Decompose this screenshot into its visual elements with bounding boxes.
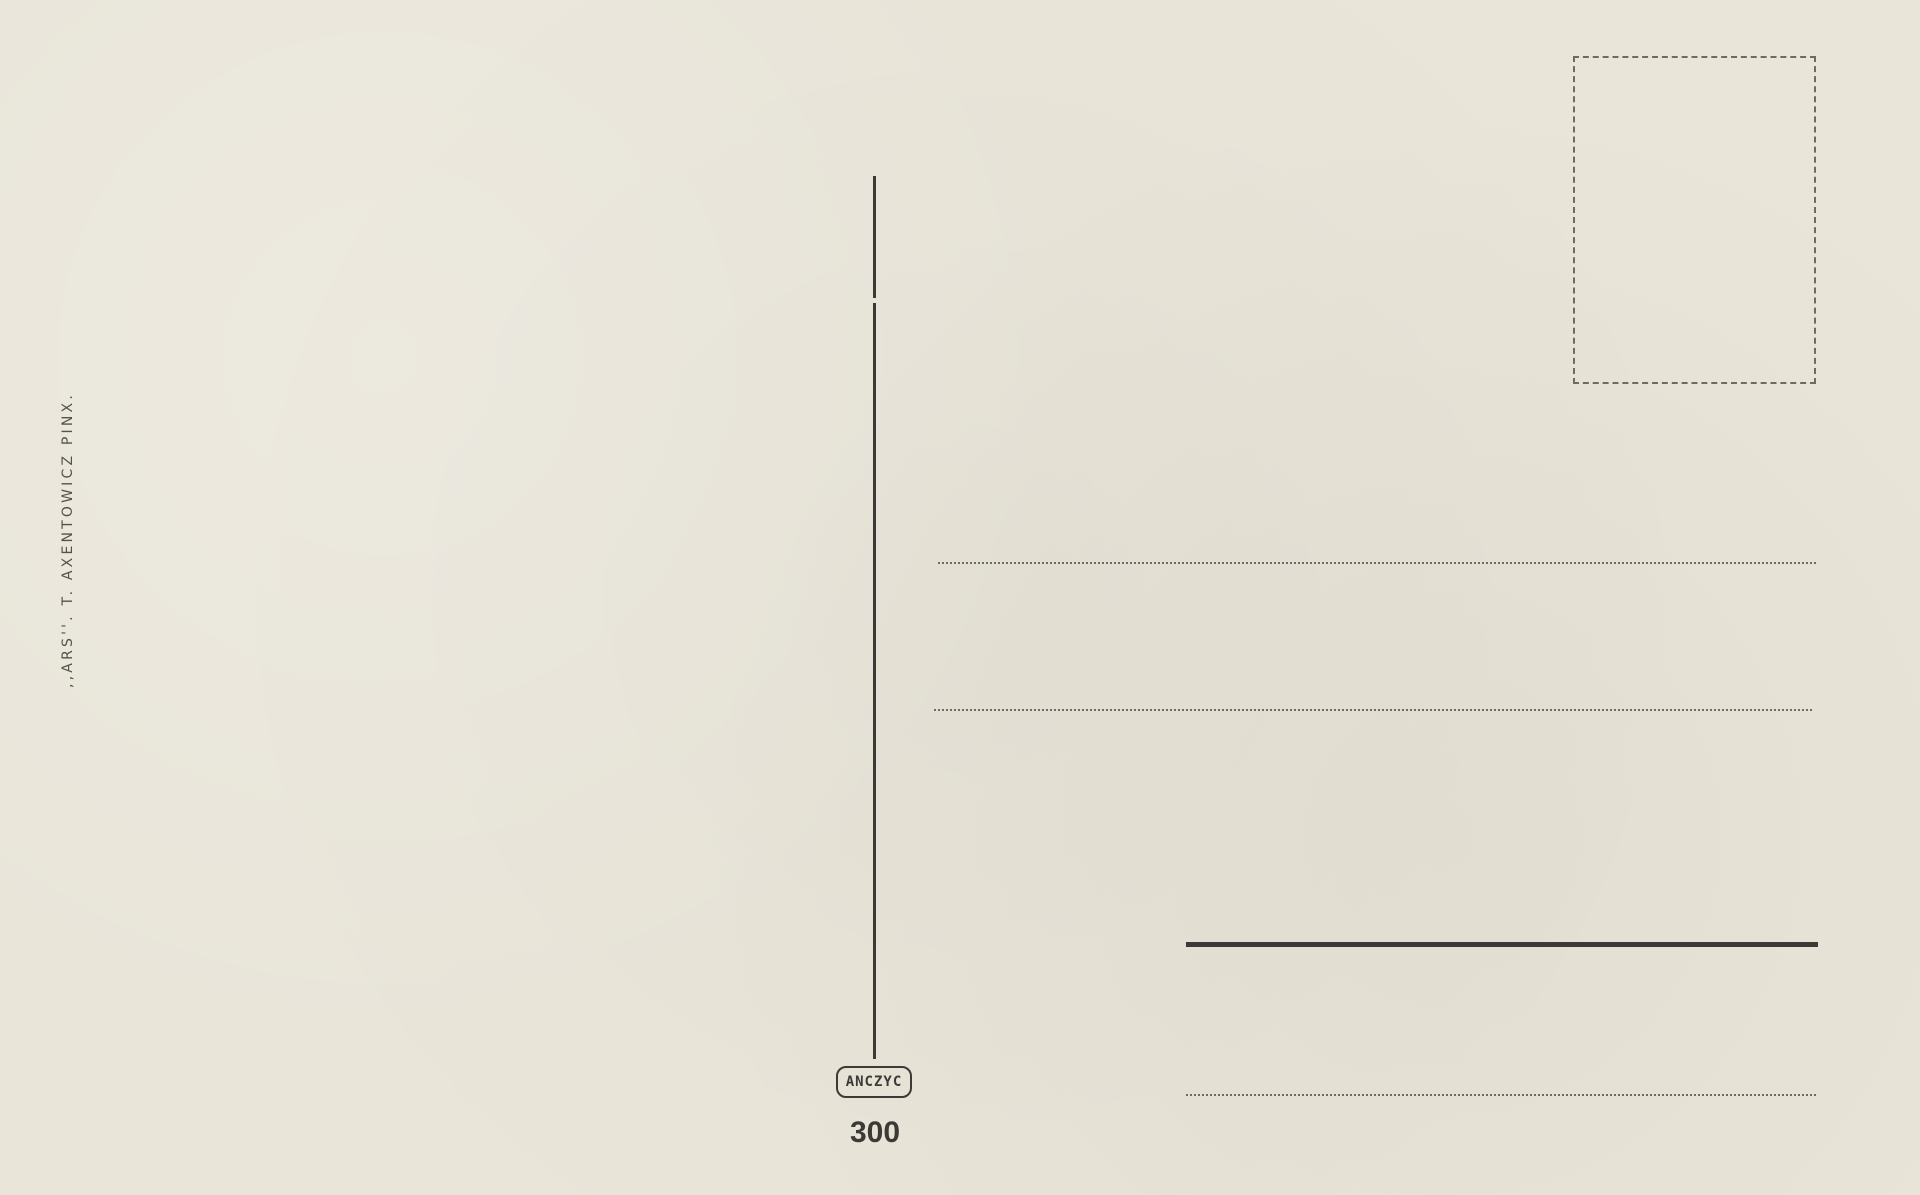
publisher-mark: ANCZYC: [836, 1066, 912, 1098]
artist-credit-text: ,,ARS''. T. AXENTOWICZ PINX.: [60, 392, 76, 688]
center-divider-line: [873, 176, 876, 1059]
artist-credit: ,,ARS''. T. AXENTOWICZ PINX.: [55, 355, 81, 725]
card-number: 300: [820, 1116, 930, 1150]
publisher-mark-text: ANCZYC: [846, 1074, 903, 1090]
stamp-placeholder-icon: [1573, 56, 1816, 384]
address-line-1: [938, 562, 1816, 564]
divider-gap: [873, 298, 876, 303]
address-line-2: [934, 709, 1812, 711]
address-line-3-solid: [1186, 942, 1818, 947]
postcard-back: ,,ARS''. T. AXENTOWICZ PINX. ANCZYC 300: [0, 0, 1920, 1195]
address-line-4: [1186, 1094, 1816, 1096]
